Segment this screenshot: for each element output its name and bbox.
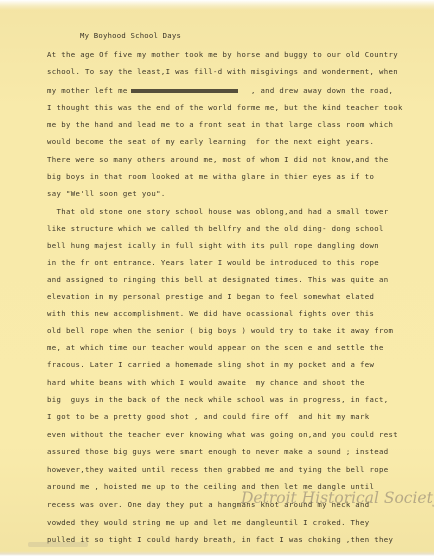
- faint-stamp: [28, 542, 88, 547]
- text-line: me by the hand and lead me to a front se…: [47, 120, 393, 129]
- text-line: big boys in that room looked at me witha…: [47, 172, 374, 181]
- struck-out-text: [131, 89, 238, 93]
- text-line: elevation in my personal prestige and I …: [47, 292, 374, 301]
- text-line: big guys in the back of the neck while s…: [47, 395, 389, 404]
- text-line: however,they waited until recess then gr…: [47, 465, 389, 474]
- text-line: That old stone one story school house wa…: [47, 207, 389, 216]
- document-title: My Boyhood School Days: [80, 31, 181, 40]
- typewritten-page: My Boyhood School Days At the age Of fiv…: [0, 0, 434, 556]
- text-line: say "We'll soon get you".: [47, 189, 166, 198]
- text-line: bell hung majest ically in full sight wi…: [47, 241, 379, 250]
- text-line: in the fr ont entrance. Years later I wo…: [47, 258, 379, 267]
- text-line: hard white beans with which I would awai…: [47, 378, 365, 387]
- text-line: I thought this was the end of the world …: [47, 103, 403, 112]
- text-line: old bell rope when the senior ( big boys…: [47, 326, 393, 335]
- text-line: At the age Of five my mother took me by …: [47, 50, 398, 59]
- text-line: like structure which we called th bellfr…: [47, 224, 384, 233]
- text-line: and assigned to ringing this bell at des…: [47, 275, 389, 284]
- text-line: would become the seat of my early learni…: [47, 137, 374, 146]
- text-line: even without the teacher ever knowing wh…: [47, 430, 398, 439]
- text-line: pulled it so tight I could hardy breath,…: [47, 535, 393, 544]
- paper-top-edge: [0, 0, 434, 10]
- text-line: There were so many others around me, mos…: [47, 155, 389, 164]
- watermark: Detroit Historical Society: [241, 489, 434, 507]
- text-line: vowded they would string me up and let m…: [47, 518, 370, 527]
- text-line: with this new accomplishment. We did hav…: [47, 309, 374, 318]
- text-line: I got to be a pretty good shot , and cou…: [47, 412, 370, 421]
- text-line: assured those big guys were smart enough…: [47, 447, 389, 456]
- text-line: fracous. Later I carried a homemade slin…: [47, 360, 374, 369]
- paper-bottom-edge: [0, 551, 434, 556]
- text-line: me, at which time our teacher would appe…: [47, 343, 384, 352]
- text-line: school. To say the least,I was fill-d wi…: [47, 67, 398, 76]
